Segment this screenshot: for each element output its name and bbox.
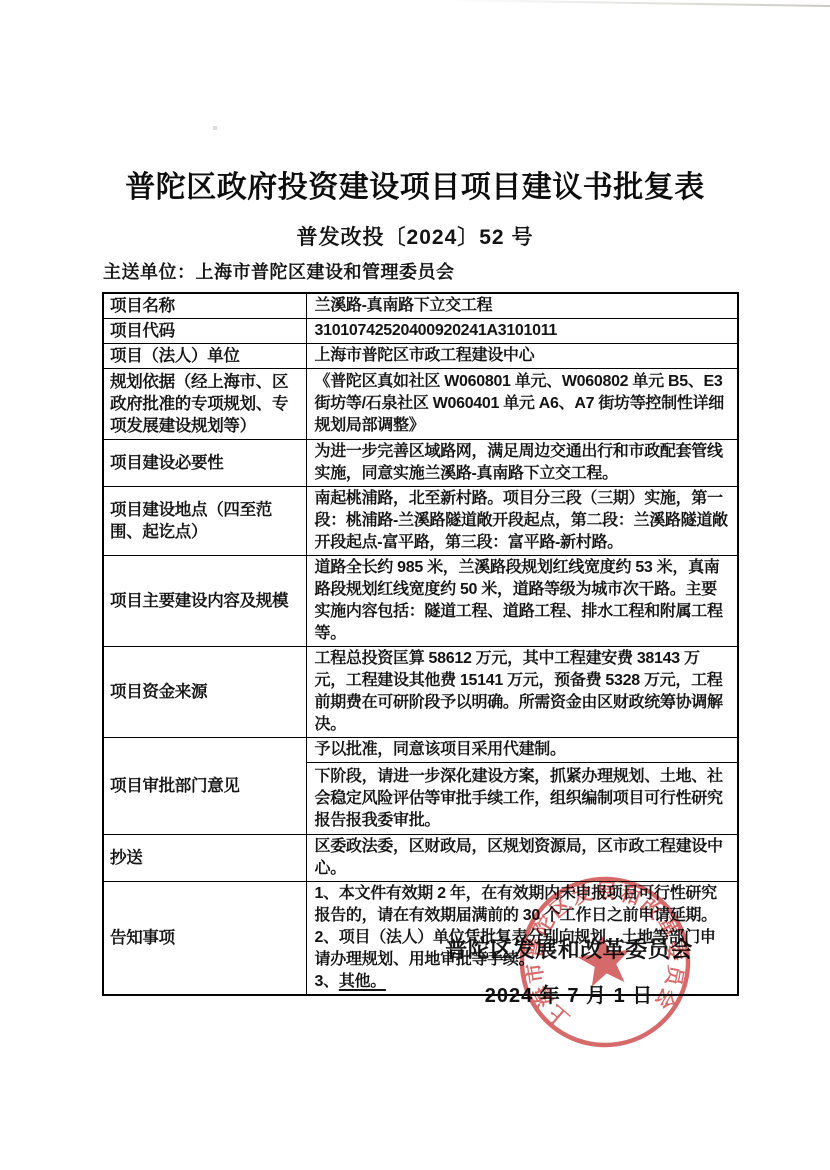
row-value: 道路全长约 985 米，兰溪路段规划红线宽度约 53 米，真南路段规划红线宽度约… [306,556,738,647]
table-row-necessity: 项目建设必要性 为进一步完善区域路网，满足周边交通出行和市政配套管线实施，同意实… [103,440,738,487]
table-row-project-code: 项目代码 31010742520400920241A3101011 [103,319,738,344]
row-value: 为进一步完善区域路网，满足周边交通出行和市政配套管线实施，同意实施兰溪路-真南路… [306,440,738,487]
row-label: 项目主要建设内容及规模 [103,556,306,647]
table-row-legal-entity: 项目（法人）单位 上海市普陀区市政工程建设中心 [103,344,738,369]
recipient-line: 主送单位：上海市普陀区建设和管理委员会 [103,258,455,284]
star-icon [575,931,635,989]
row-value: 南起桃浦路，北至新村路。项目分三段（三期）实施，第一段：桃浦路-兰溪路隧道敞开段… [306,487,738,556]
scan-artifact-speck [213,126,217,130]
row-label: 告知事项 [103,882,306,996]
document-number: 普发改投〔2024〕52 号 [0,221,830,251]
row-value: 上海市普陀区市政工程建设中心 [306,344,738,369]
table-row-scope: 项目主要建设内容及规模 道路全长约 985 米，兰溪路段规划红线宽度约 53 米… [103,556,738,647]
row-value: 工程总投资匡算 58612 万元，其中工程建安费 38143 万元，工程建设其他… [306,647,738,738]
document-page: 普陀区政府投资建设项目项目建议书批复表 普发改投〔2024〕52 号 主送单位：… [0,0,830,1170]
scan-artifact-line [445,0,830,7]
notice-other-underlined: 其他。 [339,973,386,990]
table-row-project-name: 项目名称 兰溪路-真南路下立交工程 [103,293,738,319]
row-value: 予以批准，同意该项目采用代建制。 [306,738,738,763]
row-label: 项目资金来源 [103,647,306,738]
row-value: 31010742520400920241A3101011 [306,319,738,344]
table-row-planning-basis: 规划依据（经上海市、区政府批准的专项规划、专项发展建设规划等） 《普陀区真如社区… [103,369,738,440]
row-label: 项目代码 [103,319,306,344]
row-value: 下阶段，请进一步深化建设方案，抓紧办理规划、土地、社会稳定风险评估等审批手续工作… [306,763,738,835]
row-value: 兰溪路-真南路下立交工程 [306,293,738,319]
row-value: 《普陀区真如社区 W060801 单元、W060802 单元 B5、E3 街坊等… [306,369,738,440]
row-label: 项目建设必要性 [103,440,306,487]
row-label: 项目名称 [103,293,306,319]
page-title: 普陀区政府投资建设项目项目建议书批复表 [0,162,830,206]
row-label: 项目（法人）单位 [103,344,306,369]
official-seal: 上海市普陀区发展和改革委员会 [503,860,706,1063]
row-label: 规划依据（经上海市、区政府批准的专项规划、专项发展建设规划等） [103,369,306,440]
row-label: 抄送 [103,835,306,882]
row-label: 项目审批部门意见 [103,738,306,835]
table-row-location: 项目建设地点（四至范围、起讫点） 南起桃浦路，北至新村路。项目分三段（三期）实施… [103,487,738,556]
table-row-approval-decision: 项目审批部门意见 予以批准，同意该项目采用代建制。 [103,738,738,763]
row-label: 项目建设地点（四至范围、起讫点） [103,487,306,556]
table-row-funding: 项目资金来源 工程总投资匡算 58612 万元，其中工程建安费 38143 万元… [103,647,738,738]
